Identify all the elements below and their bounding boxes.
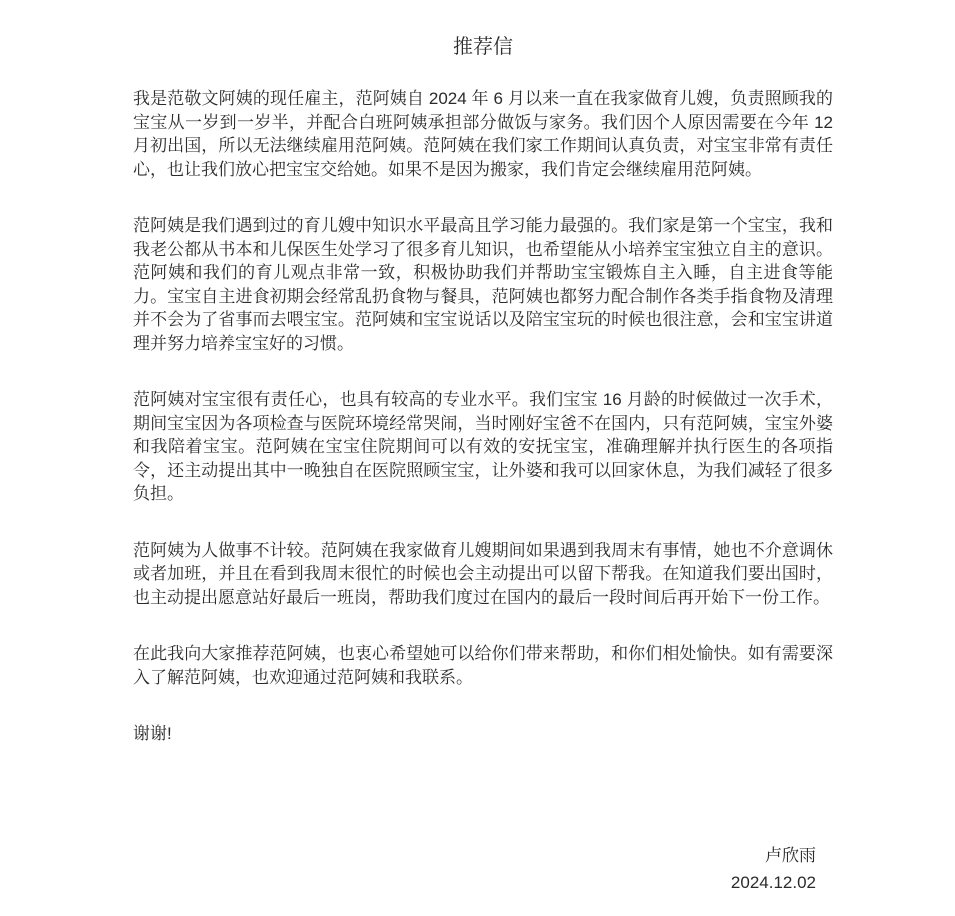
- letter-paragraph: 范阿姨对宝宝很有责任心，也具有较高的专业水平。我们宝宝 16 月龄的时候做过一次…: [133, 388, 833, 506]
- letter-body: 我是范敬文阿姨的现任雇主，范阿姨自 2024 年 6 月以来一直在我家做育儿嫂，…: [133, 87, 833, 689]
- letter-paragraph: 范阿姨是我们遇到过的育儿嫂中知识水平最高且学习能力最强的。我们家是第一个宝宝，我…: [133, 214, 833, 355]
- signature-date: 2024.12.02: [133, 871, 816, 895]
- document-title: 推荐信: [133, 34, 833, 60]
- letter-paragraph: 我是范敬文阿姨的现任雇主，范阿姨自 2024 年 6 月以来一直在我家做育儿嫂，…: [133, 87, 833, 181]
- letter-paragraph: 范阿姨为人做事不计较。范阿姨在我家做育儿嫂期间如果遇到我周末有事情，她也不介意调…: [133, 539, 833, 610]
- closing-text: 谢谢!: [133, 722, 833, 746]
- signature-block: 卢欣雨 2024.12.02: [133, 844, 833, 895]
- signature-name: 卢欣雨: [133, 844, 816, 868]
- letter-content: 推荐信 我是范敬文阿姨的现任雇主，范阿姨自 2024 年 6 月以来一直在我家做…: [133, 34, 833, 895]
- document-page: 推荐信 我是范敬文阿姨的现任雇主，范阿姨自 2024 年 6 月以来一直在我家做…: [0, 0, 955, 916]
- letter-paragraph: 在此我向大家推荐范阿姨，也衷心希望她可以给你们带来帮助，和你们相处愉快。如有需要…: [133, 642, 833, 689]
